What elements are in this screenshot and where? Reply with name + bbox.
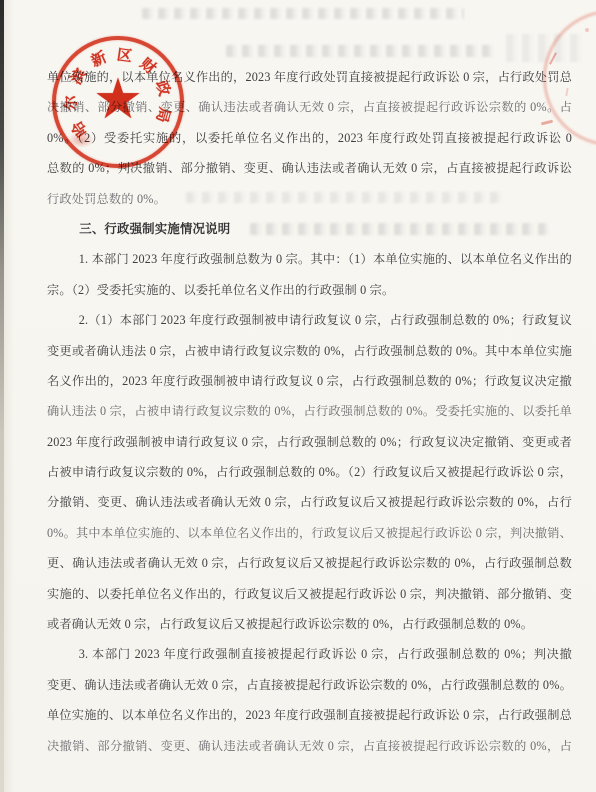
seal-char: 政 <box>151 75 176 100</box>
text-line: 3. 本部门 2023 年度行政强制直接被提起行政诉讼 0 宗，占行政强制总数的… <box>47 639 572 669</box>
official-seal: ★ 哈尔滨新区财政局 <box>52 36 184 168</box>
seal-char: 尔 <box>60 93 80 113</box>
text-line: 三、行政强制实施情况说明 <box>47 214 572 244</box>
bleed-through-smudge <box>142 8 464 19</box>
text-line: 宗。（2）受委托实施的、以委托单位名义作出的行政强制 0 宗。 <box>47 275 572 305</box>
text-line: 决撤销、部分撤销、变更、确认违法或者确认无效 0 宗，占直接被提起行政诉讼宗数的… <box>47 731 572 761</box>
text-line: 行政处罚总数的 0%。 <box>47 184 572 214</box>
seal-ink-blotch <box>68 132 94 148</box>
text-line: 0%。其中本单位实施的、以本单位名义作出的，行政复议后又被提起行政诉讼 0 宗，… <box>47 518 572 548</box>
seal-char: 区 <box>113 43 136 66</box>
text-line: 实施的、以委托单位名义作出的，行政复议后又被提起行政诉讼 0 宗，判决撤销、部分… <box>47 579 572 609</box>
text-line: 确认违法 0 宗，占被申请行政复议宗数的 0%，占行政强制总数的 0%。受委托实… <box>47 396 572 426</box>
scanned-document-page: { "document": { "lines": [ {"text": "单位实… <box>0 0 596 792</box>
red-ink-speck <box>585 28 589 32</box>
text-line: 2023 年度行政强制被申请行政复议 0 宗，占行政强制总数的 0%；行政复议决… <box>47 427 572 457</box>
bleed-through-smudge <box>226 45 494 57</box>
text-line: 单位实施的、以本单位名义作出的，2023 年度行政强制直接被提起行政诉讼 0 宗… <box>47 700 572 730</box>
text-line: 或者确认无效 0 宗，占行政复议后又被提起行政诉讼宗数的 0%，占行政强制总数的… <box>47 609 572 639</box>
text-line: 变更或者确认违法 0 宗，占被申请行政复议宗数的 0%，占行政强制总数的 0%。… <box>47 336 572 366</box>
text-line: 占被申请行政复议宗数的 0%，占行政强制总数的 0%。（2）行政复议后又被提起行… <box>47 457 572 487</box>
text-line: 变更、确认违法或者确认无效 0 宗，占直接被提起行政诉讼宗数的 0%，占行政强制… <box>47 670 572 700</box>
scan-edge-shadow <box>0 0 4 792</box>
text-line: 名义作出的，2023 年度行政强制被申请行政复议 0 宗，占行政强制总数的 0%… <box>47 366 572 396</box>
paper-background: 单位实施的，以本单位名义作出的，2023 年度行政处罚直接被提起行政诉讼 0 宗… <box>0 0 596 792</box>
seal-arc-text: 哈尔滨新区财政局 <box>52 36 184 168</box>
text-line: 1. 本部门 2023 年度行政强制总数为 0 宗。其中：（1）本单位实施的、以… <box>47 244 572 274</box>
text-line: 更、确认违法或者确认无效 0 宗，占行政复议后又被提起行政诉讼宗数的 0%，占行… <box>47 548 572 578</box>
seal-char: 局 <box>152 103 177 128</box>
text-line: 2.（1）本部门 2023 年度行政强制被申请行政复议 0 宗，占行政强制总数的… <box>47 305 572 335</box>
text-line: 分撤销、变更、确认违法或者确认无效 0 宗，占行政复议后又被提起行政诉讼宗数的 … <box>47 487 572 517</box>
seal-char: 滨 <box>64 62 92 90</box>
seal-char: 新 <box>85 45 111 71</box>
seal-char: 财 <box>135 51 163 79</box>
